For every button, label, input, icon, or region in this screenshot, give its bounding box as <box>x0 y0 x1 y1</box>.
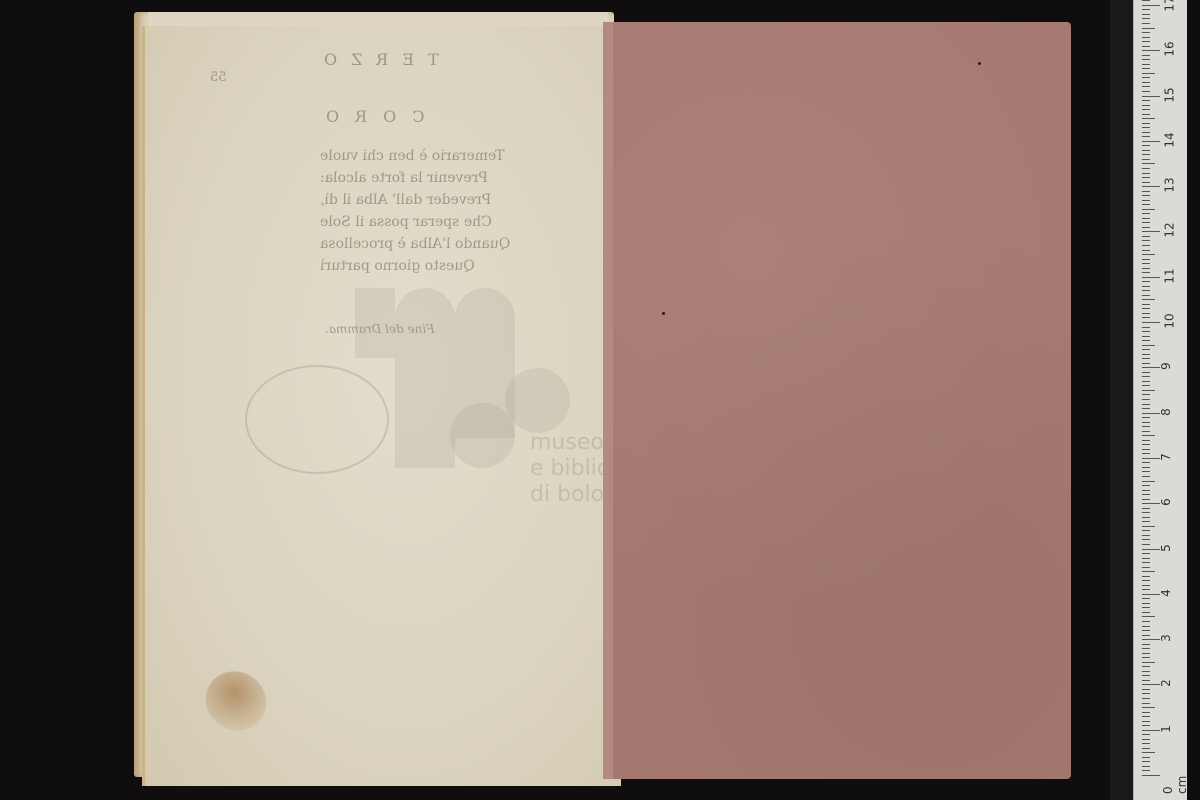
ruler-tick <box>1142 567 1150 568</box>
ruler-tick <box>1142 440 1150 441</box>
ruler-tick <box>1142 490 1150 491</box>
ruler-tick <box>1142 5 1160 6</box>
ruler-tick <box>1142 222 1150 223</box>
ruler-tick <box>1142 263 1150 264</box>
ruler-tick <box>1142 23 1150 24</box>
ruler-shadow <box>1187 0 1200 800</box>
ruler-tick <box>1142 748 1150 749</box>
verse-line: Temerario è ben chi vuole <box>320 148 505 164</box>
ruler-tick <box>1142 721 1150 722</box>
ruler-tick <box>1142 313 1150 314</box>
ruler-tick <box>1142 299 1155 300</box>
ruler-tick <box>1142 689 1150 690</box>
ruler-tick <box>1142 240 1150 241</box>
ruler-tick <box>1142 367 1160 368</box>
ruler-tick <box>1142 308 1150 309</box>
ruler-tick <box>1142 757 1150 758</box>
ruler-label: 7 <box>1159 453 1173 461</box>
header-line-1: TERZO <box>310 50 439 69</box>
ruler-tick <box>1142 526 1155 527</box>
ruler-tick <box>1142 607 1150 608</box>
ruler-tick <box>1142 394 1150 395</box>
ruler-tick <box>1142 141 1160 142</box>
ruler-tick <box>1142 503 1160 504</box>
ruler-tick <box>1142 413 1160 414</box>
ruler-tick <box>1142 594 1160 595</box>
ruler-tick <box>1142 739 1150 740</box>
ruler-tick <box>1142 259 1150 260</box>
cover-speck <box>662 312 665 315</box>
ruler-tick <box>1142 191 1150 192</box>
ruler-tick <box>1142 118 1155 119</box>
ruler-tick <box>1142 399 1150 400</box>
ruler-tick <box>1142 562 1150 563</box>
ruler-tick <box>1142 616 1155 617</box>
ruler-tick <box>1142 195 1150 196</box>
ruler-tick <box>1142 59 1150 60</box>
ruler-tick <box>1142 182 1150 183</box>
ruler-tick <box>1142 703 1150 704</box>
ruler-tick <box>1142 209 1155 210</box>
ruler-tick <box>1142 327 1150 328</box>
ruler-tick <box>1142 354 1150 355</box>
header-line-2: CORO <box>310 107 425 126</box>
ruler-tick <box>1142 114 1150 115</box>
ruler-tick <box>1142 200 1150 201</box>
ruler-tick <box>1142 0 1150 1</box>
ruler-tick <box>1142 18 1150 19</box>
ruler-tick <box>1142 277 1160 278</box>
page-number: 55 <box>210 70 227 85</box>
ruler-tick <box>1142 340 1150 341</box>
ruler-label: 9 <box>1159 362 1173 370</box>
ruler-tick <box>1142 173 1150 174</box>
ruler-label: 4 <box>1159 589 1173 597</box>
ruler-tick <box>1142 730 1160 731</box>
ruler-tick <box>1142 86 1150 87</box>
ruler-tick <box>1142 512 1150 513</box>
ruler-tick <box>1142 675 1150 676</box>
ruler-tick <box>1142 535 1150 536</box>
ruler-tick <box>1142 109 1150 110</box>
ruler-tick <box>1142 639 1160 640</box>
ruler-tick <box>1142 766 1150 767</box>
ruler-tick <box>1142 349 1150 350</box>
ruler-tick <box>1142 743 1150 744</box>
ruler-tick <box>1142 653 1150 654</box>
ruler-tick <box>1142 46 1150 47</box>
ruler-tick <box>1142 363 1150 364</box>
ruler-tick <box>1142 517 1150 518</box>
ruler-tick <box>1142 218 1150 219</box>
ruler-tick <box>1142 444 1150 445</box>
ruler-tick <box>1142 286 1150 287</box>
ruler-label: 1 <box>1159 725 1173 733</box>
ruler-tick <box>1142 476 1150 477</box>
ruler-tick <box>1142 707 1155 708</box>
ruler-tick <box>1142 345 1155 346</box>
ruler-tick <box>1142 317 1150 318</box>
verse-line: Preveder dall' Alba il dì, <box>320 192 491 208</box>
ruler-label: 2 <box>1159 680 1173 688</box>
ruler-tick <box>1142 539 1150 540</box>
ruler-tick <box>1142 589 1150 590</box>
ruler-tick <box>1142 635 1150 636</box>
ruler-tick <box>1142 186 1160 187</box>
ruler-tick <box>1142 245 1150 246</box>
ruler-tick <box>1142 385 1150 386</box>
ruler-tick <box>1142 159 1150 160</box>
ruler-tick <box>1142 558 1150 559</box>
ruler-tick <box>1142 521 1150 522</box>
verse-line: Quando l'Alba è procellosa <box>320 236 510 252</box>
ruler-tick <box>1142 684 1160 685</box>
ruler-label: 14 <box>1163 132 1177 147</box>
ruler-tick <box>1142 585 1150 586</box>
ruler-tick <box>1142 281 1150 282</box>
ruler-tick <box>1142 530 1150 531</box>
ruler-tick <box>1142 494 1150 495</box>
ruler-tick <box>1142 499 1150 500</box>
ruler-tick <box>1142 453 1150 454</box>
ruler-tick <box>1142 295 1150 296</box>
ruler-tick <box>1142 481 1155 482</box>
ruler-tick <box>1142 272 1150 273</box>
ruler-tick <box>1142 77 1150 78</box>
ruler-tick <box>1142 100 1150 101</box>
ruler-tick <box>1142 28 1155 29</box>
ruler-tick <box>1142 408 1150 409</box>
ruler-tick <box>1142 390 1155 391</box>
ruler-tick <box>1142 666 1150 667</box>
ruler-tick <box>1142 82 1150 83</box>
ruler-tick <box>1142 612 1150 613</box>
ruler-label: 0 cm <box>1161 768 1189 794</box>
ruler-tick <box>1142 177 1150 178</box>
ruler-tick <box>1142 462 1150 463</box>
ruler-tick <box>1142 734 1150 735</box>
ruler-tick <box>1142 770 1150 771</box>
ruler-tick <box>1142 467 1150 468</box>
ruler-tick <box>1142 376 1150 377</box>
ruler-tick <box>1142 336 1150 337</box>
ruler-tick <box>1142 431 1150 432</box>
ruler-tick <box>1142 136 1150 137</box>
ruler-tick <box>1142 644 1150 645</box>
ruler-tick <box>1142 752 1155 753</box>
ruler-label: 10 <box>1163 313 1177 328</box>
ruler-tick <box>1142 716 1150 717</box>
ruler-tick <box>1142 64 1150 65</box>
ruler-tick <box>1142 154 1150 155</box>
background-shadow <box>1110 0 1135 800</box>
ruler-tick <box>1142 55 1150 56</box>
ruler-tick <box>1142 290 1150 291</box>
ruler-tick <box>1142 485 1150 486</box>
ruler-label: 15 <box>1163 87 1177 102</box>
verse-line: Questo giorno parturì <box>320 258 475 274</box>
ruler-tick <box>1142 127 1150 128</box>
ruler-tick <box>1142 449 1150 450</box>
ruler-tick <box>1142 96 1160 97</box>
ruler-tick <box>1142 163 1155 164</box>
ruler-tick <box>1142 458 1160 459</box>
verse-line: Prevenir la forte alcola: <box>320 170 488 186</box>
ruler-tick <box>1142 621 1150 622</box>
ruler-tick <box>1142 671 1150 672</box>
ruler-tick <box>1142 422 1150 423</box>
ruler-label: 5 <box>1159 544 1173 552</box>
ruler-tick <box>1142 227 1150 228</box>
ruler-tick <box>1142 603 1150 604</box>
ruler-tick <box>1142 331 1150 332</box>
ruler-tick <box>1142 322 1160 323</box>
ruler-tick <box>1142 571 1155 572</box>
ruler-tick <box>1142 576 1150 577</box>
ruler-tick <box>1142 580 1150 581</box>
ruler-tick <box>1142 150 1150 151</box>
ruler-tick <box>1142 693 1150 694</box>
ruler-tick <box>1142 775 1160 776</box>
ruler-tick <box>1142 50 1160 51</box>
ruler-tick <box>1142 250 1150 251</box>
ruler-tick <box>1142 544 1150 545</box>
ruler-tick <box>1142 105 1150 106</box>
ruler-tick <box>1142 549 1160 550</box>
ruler-tick <box>1142 725 1150 726</box>
ruler-tick <box>1142 471 1150 472</box>
cover-speck <box>978 62 981 65</box>
ruler-tick <box>1142 168 1150 169</box>
ruler-tick <box>1142 417 1150 418</box>
ruler-tick <box>1142 14 1150 15</box>
ruler-tick <box>1142 648 1150 649</box>
ruler-label: 16 <box>1163 42 1177 57</box>
ruler-tick <box>1142 662 1155 663</box>
ruler-tick <box>1142 304 1150 305</box>
ruler-tick <box>1142 630 1150 631</box>
ruler-tick <box>1142 712 1150 713</box>
ruler-tick <box>1142 132 1150 133</box>
ruler-tick <box>1142 91 1150 92</box>
ruler-tick <box>1142 41 1150 42</box>
ruler-tick <box>1142 123 1150 124</box>
ruler-tick <box>1142 626 1150 627</box>
ruler-tick <box>1142 404 1150 405</box>
ruler-tick <box>1142 236 1150 237</box>
ruler-label: 8 <box>1159 408 1173 416</box>
ruler-tick <box>1142 145 1150 146</box>
ruler-tick <box>1142 381 1150 382</box>
measuring-ruler: 0 cm1234567891011121314151617 <box>1133 0 1188 800</box>
ruler-tick <box>1142 680 1150 681</box>
ruler-tick <box>1142 32 1150 33</box>
ruler-tick <box>1142 372 1150 373</box>
ruler-tick <box>1142 9 1150 10</box>
ruler-label: 3 <box>1159 634 1173 642</box>
ruler-tick <box>1142 204 1150 205</box>
ruler-label: 17 <box>1163 0 1177 12</box>
ruler-tick <box>1142 254 1155 255</box>
ruler-label: 13 <box>1163 177 1177 192</box>
ruler-tick <box>1142 435 1155 436</box>
ruler-tick <box>1142 73 1155 74</box>
ruler-label: 6 <box>1159 498 1173 506</box>
ruler-tick <box>1142 761 1150 762</box>
ruler-label: 12 <box>1163 223 1177 238</box>
ruler-label: 11 <box>1163 268 1177 283</box>
ruler-tick <box>1142 268 1150 269</box>
ruler-tick <box>1142 426 1150 427</box>
ruler-tick <box>1142 553 1150 554</box>
ruler-tick <box>1142 213 1150 214</box>
ruler-tick <box>1142 508 1150 509</box>
ruler-tick <box>1142 657 1150 658</box>
ruler-tick <box>1142 68 1150 69</box>
verse-line: Che sperar possa il Sole <box>320 214 492 230</box>
back-cover <box>603 22 1071 779</box>
ruler-tick <box>1142 698 1150 699</box>
ruler-tick <box>1142 358 1150 359</box>
ruler-tick <box>1142 598 1150 599</box>
ruler-tick <box>1142 231 1160 232</box>
ruler-tick <box>1142 37 1150 38</box>
